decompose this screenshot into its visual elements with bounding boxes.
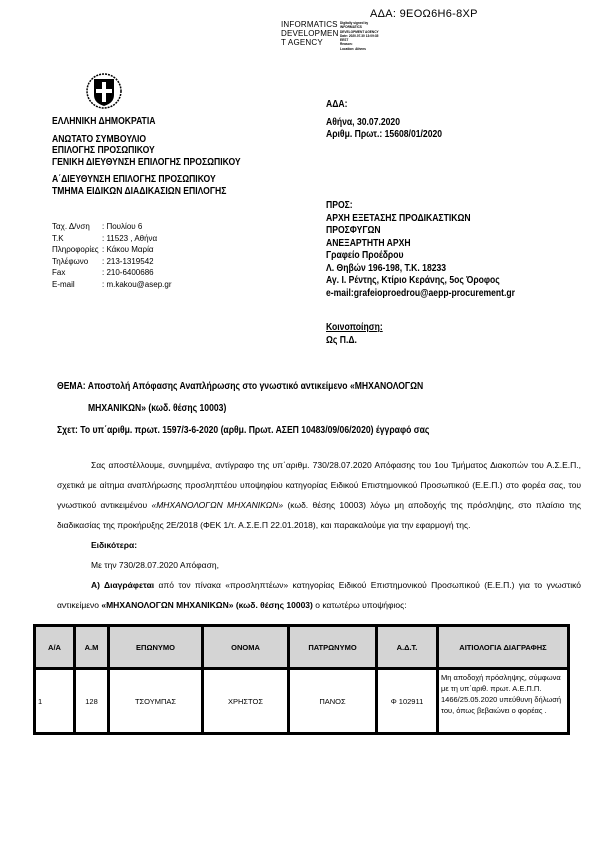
- cell-name: ΧΡΗΣΤΟΣ: [203, 669, 289, 734]
- protocol-number: Αριθμ. Πρωτ.: 15608/01/2020: [326, 129, 442, 142]
- contact-label: Τηλέφωνο: [52, 256, 102, 268]
- cell-aa: 1: [35, 669, 75, 734]
- ida-logo-line: DEVELOPMEN: [281, 29, 339, 38]
- col-header: ΕΠΩΝΥΜΟ: [109, 626, 203, 669]
- contact-value: : 210-6400686: [102, 267, 154, 279]
- ida-logo-line: T AGENCY: [281, 38, 339, 47]
- contact-value: : 213-1319542: [102, 256, 154, 268]
- cell-deletion-reason: Μη αποδοχή πρόσληψης, σύμφωνα με τη υπ΄α…: [438, 669, 569, 734]
- specifically-heading: Ειδικότερα:: [57, 535, 581, 555]
- dept-line: ΤΜΗΜΑ ΕΙΔΙΚΩΝ ΔΙΑΔΙΚΑΣΙΩΝ ΕΠΙΛΟΓΗΣ: [52, 186, 241, 198]
- text-bold: «ΜΗΧΑΝΟΛΟΓΩΝ ΜΗΧΑΝΙΚΩΝ» (κωδ. θέσης 1000…: [101, 600, 313, 610]
- contact-value[interactable]: : m.kakou@asep.gr: [102, 279, 171, 291]
- sig-line: Location: Athens: [340, 47, 379, 51]
- notification-label: Κοινοποίηση:: [326, 322, 383, 335]
- cell-patronymic: ΠΑΝΟΣ: [289, 669, 377, 734]
- org-line: ΕΠΙΛΟΓΗΣ ΠΡΟΣΩΠΙΚΟΥ: [52, 145, 241, 157]
- table-header-row: Α/Α Α.Μ ΕΠΩΝΥΜΟ ΟΝΟΜΑ ΠΑΤΡΩΝΥΜΟ Α.Δ.Τ. Α…: [35, 626, 569, 669]
- to-label: ΠΡΟΣ:: [326, 200, 515, 213]
- text-bold: Α) Διαγράφεται: [91, 580, 154, 590]
- contact-row: E-mail: m.kakou@asep.gr: [52, 279, 171, 291]
- col-header: ΟΝΟΜΑ: [203, 626, 289, 669]
- col-header: Α.Δ.Τ.: [377, 626, 438, 669]
- greek-coat-of-arms-icon: [86, 73, 122, 109]
- contact-value: : Πουλίου 6: [102, 221, 142, 233]
- recipient-line: ΠΡΟΣΦΥΓΩΝ: [326, 225, 515, 238]
- table-row: 1 128 ΤΣΟΥΜΠΑΣ ΧΡΗΣΤΟΣ ΠΑΝΟΣ Φ 102911 Μη…: [35, 669, 569, 734]
- paragraph: Σας αποστέλλουμε, συνημμένα, αντίγραφο τ…: [57, 455, 581, 535]
- contact-row: Ταχ. Δ/νση: Πουλίου 6: [52, 221, 171, 233]
- country-name: ΕΛΛΗΝΙΚΗ ΔΗΜΟΚΡΑΤΙΑ: [52, 116, 241, 128]
- letter-body: Σας αποστέλλουμε, συνημμένα, αντίγραφο τ…: [57, 455, 581, 615]
- subject-line: ΘΕΜΑ: Αποστολή Απόφασης Αναπλήρωσης στο …: [57, 376, 429, 398]
- col-header: Α/Α: [35, 626, 75, 669]
- recipient-line: Αγ. Ι. Ρέντης, Κτίριο Κεράνης, 5ος Όροφο…: [326, 275, 515, 288]
- org-line: ΓΕΝΙΚΗ ΔΙΕΥΘΥΝΣΗ ΕΠΙΛΟΓΗΣ ΠΡΟΣΩΠΙΚΟΥ: [52, 157, 241, 169]
- recipient-line: Γραφείο Προέδρου: [326, 250, 515, 263]
- notification-block: Κοινοποίηση: Ως Π.Δ.: [326, 322, 383, 347]
- text-italic: «ΜΗΧΑΝΟΛΟΓΩΝ ΜΗΧΑΝΙΚΩΝ»: [151, 500, 283, 510]
- contact-label: Ταχ. Δ/νση: [52, 221, 102, 233]
- recipient-email[interactable]: e-mail:grafeioproedrou@aepp-procurement.…: [326, 288, 515, 301]
- ida-signature-logo: INFORMATICS DEVELOPMEN T AGENCY: [281, 20, 339, 47]
- candidate-table: Α/Α Α.Μ ΕΠΩΝΥΜΟ ΟΝΟΜΑ ΠΑΤΡΩΝΥΜΟ Α.Δ.Τ. Α…: [33, 624, 570, 735]
- digital-signature-details: Digitally signed by INFORMATICS DEVELOPM…: [340, 21, 379, 51]
- cell-am: 128: [75, 669, 109, 734]
- sender-contact-info: Ταχ. Δ/νση: Πουλίου 6 Τ.Κ: 11523 , Αθήνα…: [52, 221, 171, 290]
- contact-label: Fax: [52, 267, 102, 279]
- recipient-block: ΠΡΟΣ: ΑΡΧΗ ΕΞΕΤΑΣΗΣ ΠΡΟΔΙΚΑΣΤΙΚΩΝ ΠΡΟΣΦΥ…: [326, 200, 515, 300]
- decision-line: Με την 730/28.07.2020 Απόφαση,: [57, 555, 581, 575]
- contact-value: : 11523 , Αθήνα: [102, 233, 157, 245]
- recipient-line: Λ. Θηβών 196-198, Τ.Κ. 18233: [326, 263, 515, 276]
- subject-line: ΜΗΧΑΝΙΚΩΝ» (κωδ. θέσης 10003): [57, 398, 429, 420]
- contact-value: : Κάκου Μαρία: [102, 244, 154, 256]
- contact-row: Fax: 210-6400686: [52, 267, 171, 279]
- col-header: ΑΙΤΙΟΛΟΓΙΑ ΔΙΑΓΡΑΦΗΣ: [438, 626, 569, 669]
- contact-row: Τ.Κ: 11523 , Αθήνα: [52, 233, 171, 245]
- dept-line: Α΄ΔΙΕΥΘΥΝΣΗ ΕΠΙΛΟΓΗΣ ΠΡΟΣΩΠΙΚΟΥ: [52, 174, 241, 186]
- sender-header: ΕΛΛΗΝΙΚΗ ΔΗΜΟΚΡΑΤΙΑ ΑΝΩΤΑΤΟ ΣΥΜΒΟΥΛΙΟ ΕΠ…: [52, 116, 241, 197]
- contact-label: Πληροφορίες: [52, 244, 102, 256]
- paragraph: Α) Διαγράφεται από τον πίνακα «προσληπτέ…: [57, 575, 581, 615]
- reference-line: Σχετ: Το υπ΄αριθμ. πρωτ. 1597/3-6-2020 (…: [57, 420, 429, 442]
- document-meta: ΑΔΑ: Αθήνα, 30.07.2020 Αριθμ. Πρωτ.: 156…: [326, 99, 442, 142]
- cell-id-card: Φ 102911: [377, 669, 438, 734]
- subject-block: ΘΕΜΑ: Αποστολή Απόφασης Αναπλήρωσης στο …: [57, 376, 429, 442]
- contact-label: Τ.Κ: [52, 233, 102, 245]
- ada-label: ΑΔΑ:: [326, 99, 442, 112]
- text: ο κατωτέρω υποψήφιος:: [313, 600, 407, 610]
- org-line: ΑΝΩΤΑΤΟ ΣΥΜΒΟΥΛΙΟ: [52, 134, 241, 146]
- col-header: Α.Μ: [75, 626, 109, 669]
- contact-row: Πληροφορίες: Κάκου Μαρία: [52, 244, 171, 256]
- notification-value: Ως Π.Δ.: [326, 335, 383, 348]
- ida-logo-line: INFORMATICS: [281, 20, 339, 29]
- cell-surname: ΤΣΟΥΜΠΑΣ: [109, 669, 203, 734]
- col-header: ΠΑΤΡΩΝΥΜΟ: [289, 626, 377, 669]
- recipient-line: ΑΝΕΞΑΡΤΗΤΗ ΑΡΧΗ: [326, 238, 515, 251]
- recipient-line: ΑΡΧΗ ΕΞΕΤΑΣΗΣ ΠΡΟΔΙΚΑΣΤΙΚΩΝ: [326, 213, 515, 226]
- contact-label: E-mail: [52, 279, 102, 291]
- contact-row: Τηλέφωνο: 213-1319542: [52, 256, 171, 268]
- document-ada-code: ΑΔΑ: 9ΕΟΩ6Η6-8ΧΡ: [370, 8, 478, 20]
- date-line: Αθήνα, 30.07.2020: [326, 117, 442, 130]
